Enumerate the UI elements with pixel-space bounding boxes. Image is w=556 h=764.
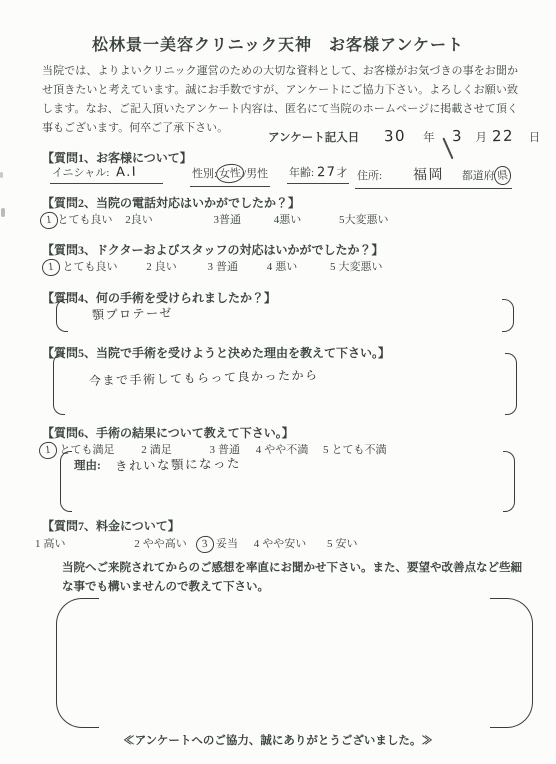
q2-option-1: 1とても良い [46,211,113,229]
q7-option-3-label: 妥当 [216,538,238,550]
q2-option-5: 5大変悪い [339,211,389,227]
q6-reason-label: 理由: [74,460,101,472]
q6-option-1-number-circled: 1 [38,441,57,459]
q6-reason-line: 理由:きれいな顎になった [74,455,241,473]
address-value: 福岡 [413,164,445,185]
q3-option-1: 1とても良い [48,258,118,276]
q3-option-1-number-circled: 1 [41,258,60,276]
q2-option-4: 4悪い [274,211,302,227]
initial-field: イニシャル: A.I [50,164,163,184]
gender-field: 性別:女性/男性 [190,164,270,187]
gender-male: 男性 [246,168,268,180]
initial-value: A.I [116,165,138,181]
gender-female-circled: 女性 [215,163,245,184]
left-bracket [53,353,65,415]
q7-option-2: 2やや高い [134,535,187,551]
q3-option-1-label: とても良い [63,261,118,273]
prefecture-prefix: 都道府 [462,170,495,182]
q7-option-3-number-circled: 3 [195,535,214,553]
right-bracket [505,353,517,415]
left-bracket [56,598,99,728]
page-title: 松林景一美容クリニック天神 お客様アンケート [0,32,556,55]
date-day-unit: 日 [529,132,541,144]
date-label: アンケート記入日 [268,132,359,144]
age-field: 年齢: 27才 [287,164,349,184]
q3-option-5: 5大変悪い [330,258,383,274]
age-unit: 才 [336,167,347,179]
date-day-value: 22 [492,127,515,146]
q5-answer-box: 今まで手術してもらって良かったから [53,353,517,415]
q3-heading: 【質問3、ドクターおよびスタッフの対応はいかがでしたか？】 [42,241,384,258]
survey-document: 松林景一美容クリニック天神 お客様アンケート 当院では、よりよいクリニック運営の… [0,0,556,764]
scan-speck [1,208,5,217]
q6-reason-box: 理由:きれいな顎になった [60,451,515,512]
q3-options: 1とても良い 2良い 3普通 4悪い 5大変悪い [48,258,383,276]
scan-speck [0,172,3,178]
age-label: 年齢: [289,167,314,179]
q2-option-2: 2良い [125,211,153,227]
q6-heading: 【質問6、手術の結果について教えて下さい。】 [42,424,294,441]
left-bracket [60,451,72,512]
gender-label: 性別: [192,168,217,180]
q6-reason-handwritten: きれいな顎になった [115,453,241,474]
q2-option-1-label: とても良い [58,214,113,226]
feedback-comment-box [56,598,533,728]
address-label: 住所: [357,170,382,182]
q7-heading: 【質問7、料金について】 [42,517,180,534]
age-value: 27 [317,165,337,181]
q3-option-4: 4悪い [267,258,298,274]
q5-answer-handwritten: 今まで手術してもらって良かったから [89,366,319,389]
q3-option-3: 3普通 [208,258,239,274]
date-year-value: 30 [384,127,407,146]
date-month-value: 3 [451,127,463,145]
date-month-unit: 月 [475,132,487,144]
feedback-prompt: 当院へご来院されてからのご感想を率直にお聞かせ下さい。また、要望や改善点など些細… [62,559,524,597]
right-bracket [502,299,514,332]
survey-date-line: アンケート記入日 30 年 3 月 22 日 [268,127,540,145]
date-year-unit: 年 [423,132,435,144]
q1-answer-line: イニシャル: A.I 性別:女性/男性 年齢: 27才 住所: 福岡都道府県 [50,164,163,184]
address-field: 住所: 福岡都道府県 [355,164,512,189]
q7-option-4: 4やや安い [254,535,307,551]
q7-option-5: 5安い [327,535,358,551]
right-bracket [490,598,533,728]
q7-options: 1高い 2やや高い 3妥当 4やや安い 5安い [35,535,358,553]
q4-answer-handwritten: 顎プロテーゼ [92,304,173,323]
left-bracket [56,299,68,332]
q3-option-2: 2良い [146,258,177,274]
q7-option-1: 1高い [35,535,66,551]
initial-label: イニシャル: [52,167,109,179]
q2-options: 1とても良い 2良い 3普通 4悪い 5大変悪い [46,211,389,229]
q2-option-3: 3普通 [214,211,242,227]
prefecture-circled: 県 [493,165,512,185]
q2-option-1-number-circled: 1 [39,211,58,229]
q7-option-3: 3妥当 [202,535,239,553]
right-bracket [503,451,515,512]
closing-message: ≪アンケートへのご協力、誠にありがとうございました。≫ [0,732,556,748]
q2-heading: 【質問2、当院の電話対応はいかがでしたか？】 [42,194,300,211]
q4-answer-box: 顎プロテーゼ [56,299,514,332]
